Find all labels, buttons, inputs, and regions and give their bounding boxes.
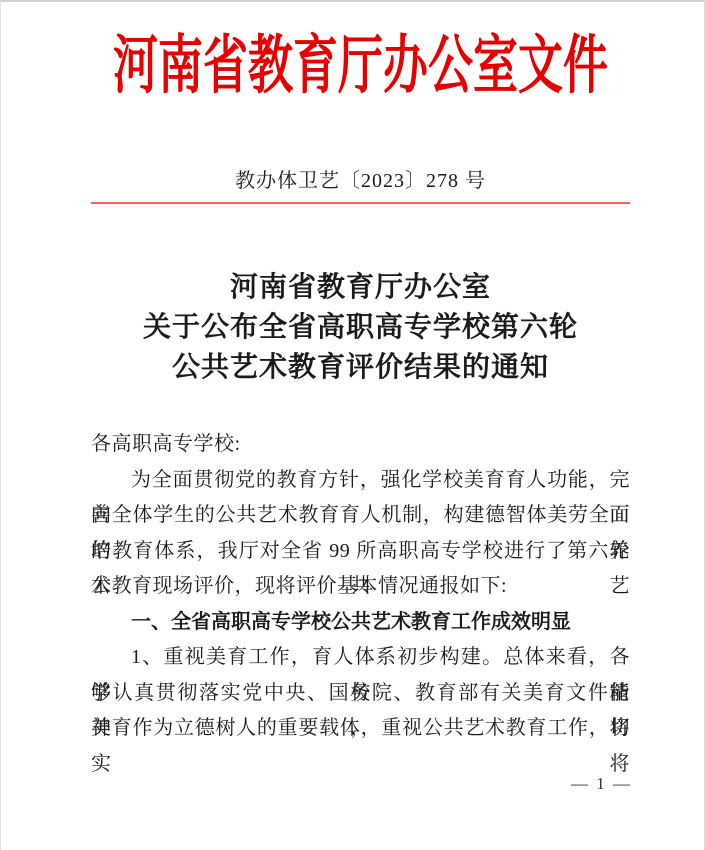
document-content: 河南省教育厅办公室文件 教办体卫艺〔2023〕278 号 河南省教育厅办公室 关… [1, 33, 704, 747]
scanned-document-page: 河南省教育厅办公室文件 教办体卫艺〔2023〕278 号 河南省教育厅办公室 关… [0, 0, 706, 850]
red-divider-rule [91, 202, 630, 204]
salutation-line: 各高职高专学校: [91, 427, 630, 463]
document-title-line-2: 关于公布全省高职高专学校第六轮 [91, 308, 630, 348]
page-number: — 1 — [571, 774, 632, 794]
paragraph2-line-3: 美育作为立德树人的重要载体，重视公共艺术教育工作，切实将 [91, 711, 630, 747]
document-title-line-1: 河南省教育厅办公室 [91, 268, 630, 308]
letterhead-title: 河南省教育厅办公室文件 [113, 33, 608, 98]
letterhead: 河南省教育厅办公室文件 [91, 33, 630, 99]
document-title: 河南省教育厅办公室 关于公布全省高职高专学校第六轮 公共艺术教育评价结果的通知 [91, 268, 630, 388]
paragraph1-line-1: 为全面贯彻党的教育方针，强化学校美育育人功能，完善面 [91, 463, 630, 499]
paragraph2-line-2: 够认真贯彻落实党中央、国务院、教育部有关美育文件精神，将 [91, 676, 630, 712]
paragraph2-line-1: 1、重视美育工作，育人体系初步构建。总体来看，各学校能 [91, 640, 630, 676]
document-body: 各高职高专学校: 为全面贯彻党的教育方针，强化学校美育育人功能，完善面 向全体学… [91, 427, 630, 747]
paragraph1-line-2: 向全体学生的公共艺术教育育人机制，构建德智体美劳全面培养 [91, 498, 630, 534]
document-title-line-3: 公共艺术教育评价结果的通知 [91, 348, 630, 388]
section-heading: 一、全省高职高专学校公共艺术教育工作成效明显 [91, 605, 630, 641]
paragraph1-line-3: 的教育体系，我厅对全省 99 所高职高专学校进行了第六轮公共艺 [91, 534, 630, 570]
document-number: 教办体卫艺〔2023〕278 号 [91, 169, 630, 193]
